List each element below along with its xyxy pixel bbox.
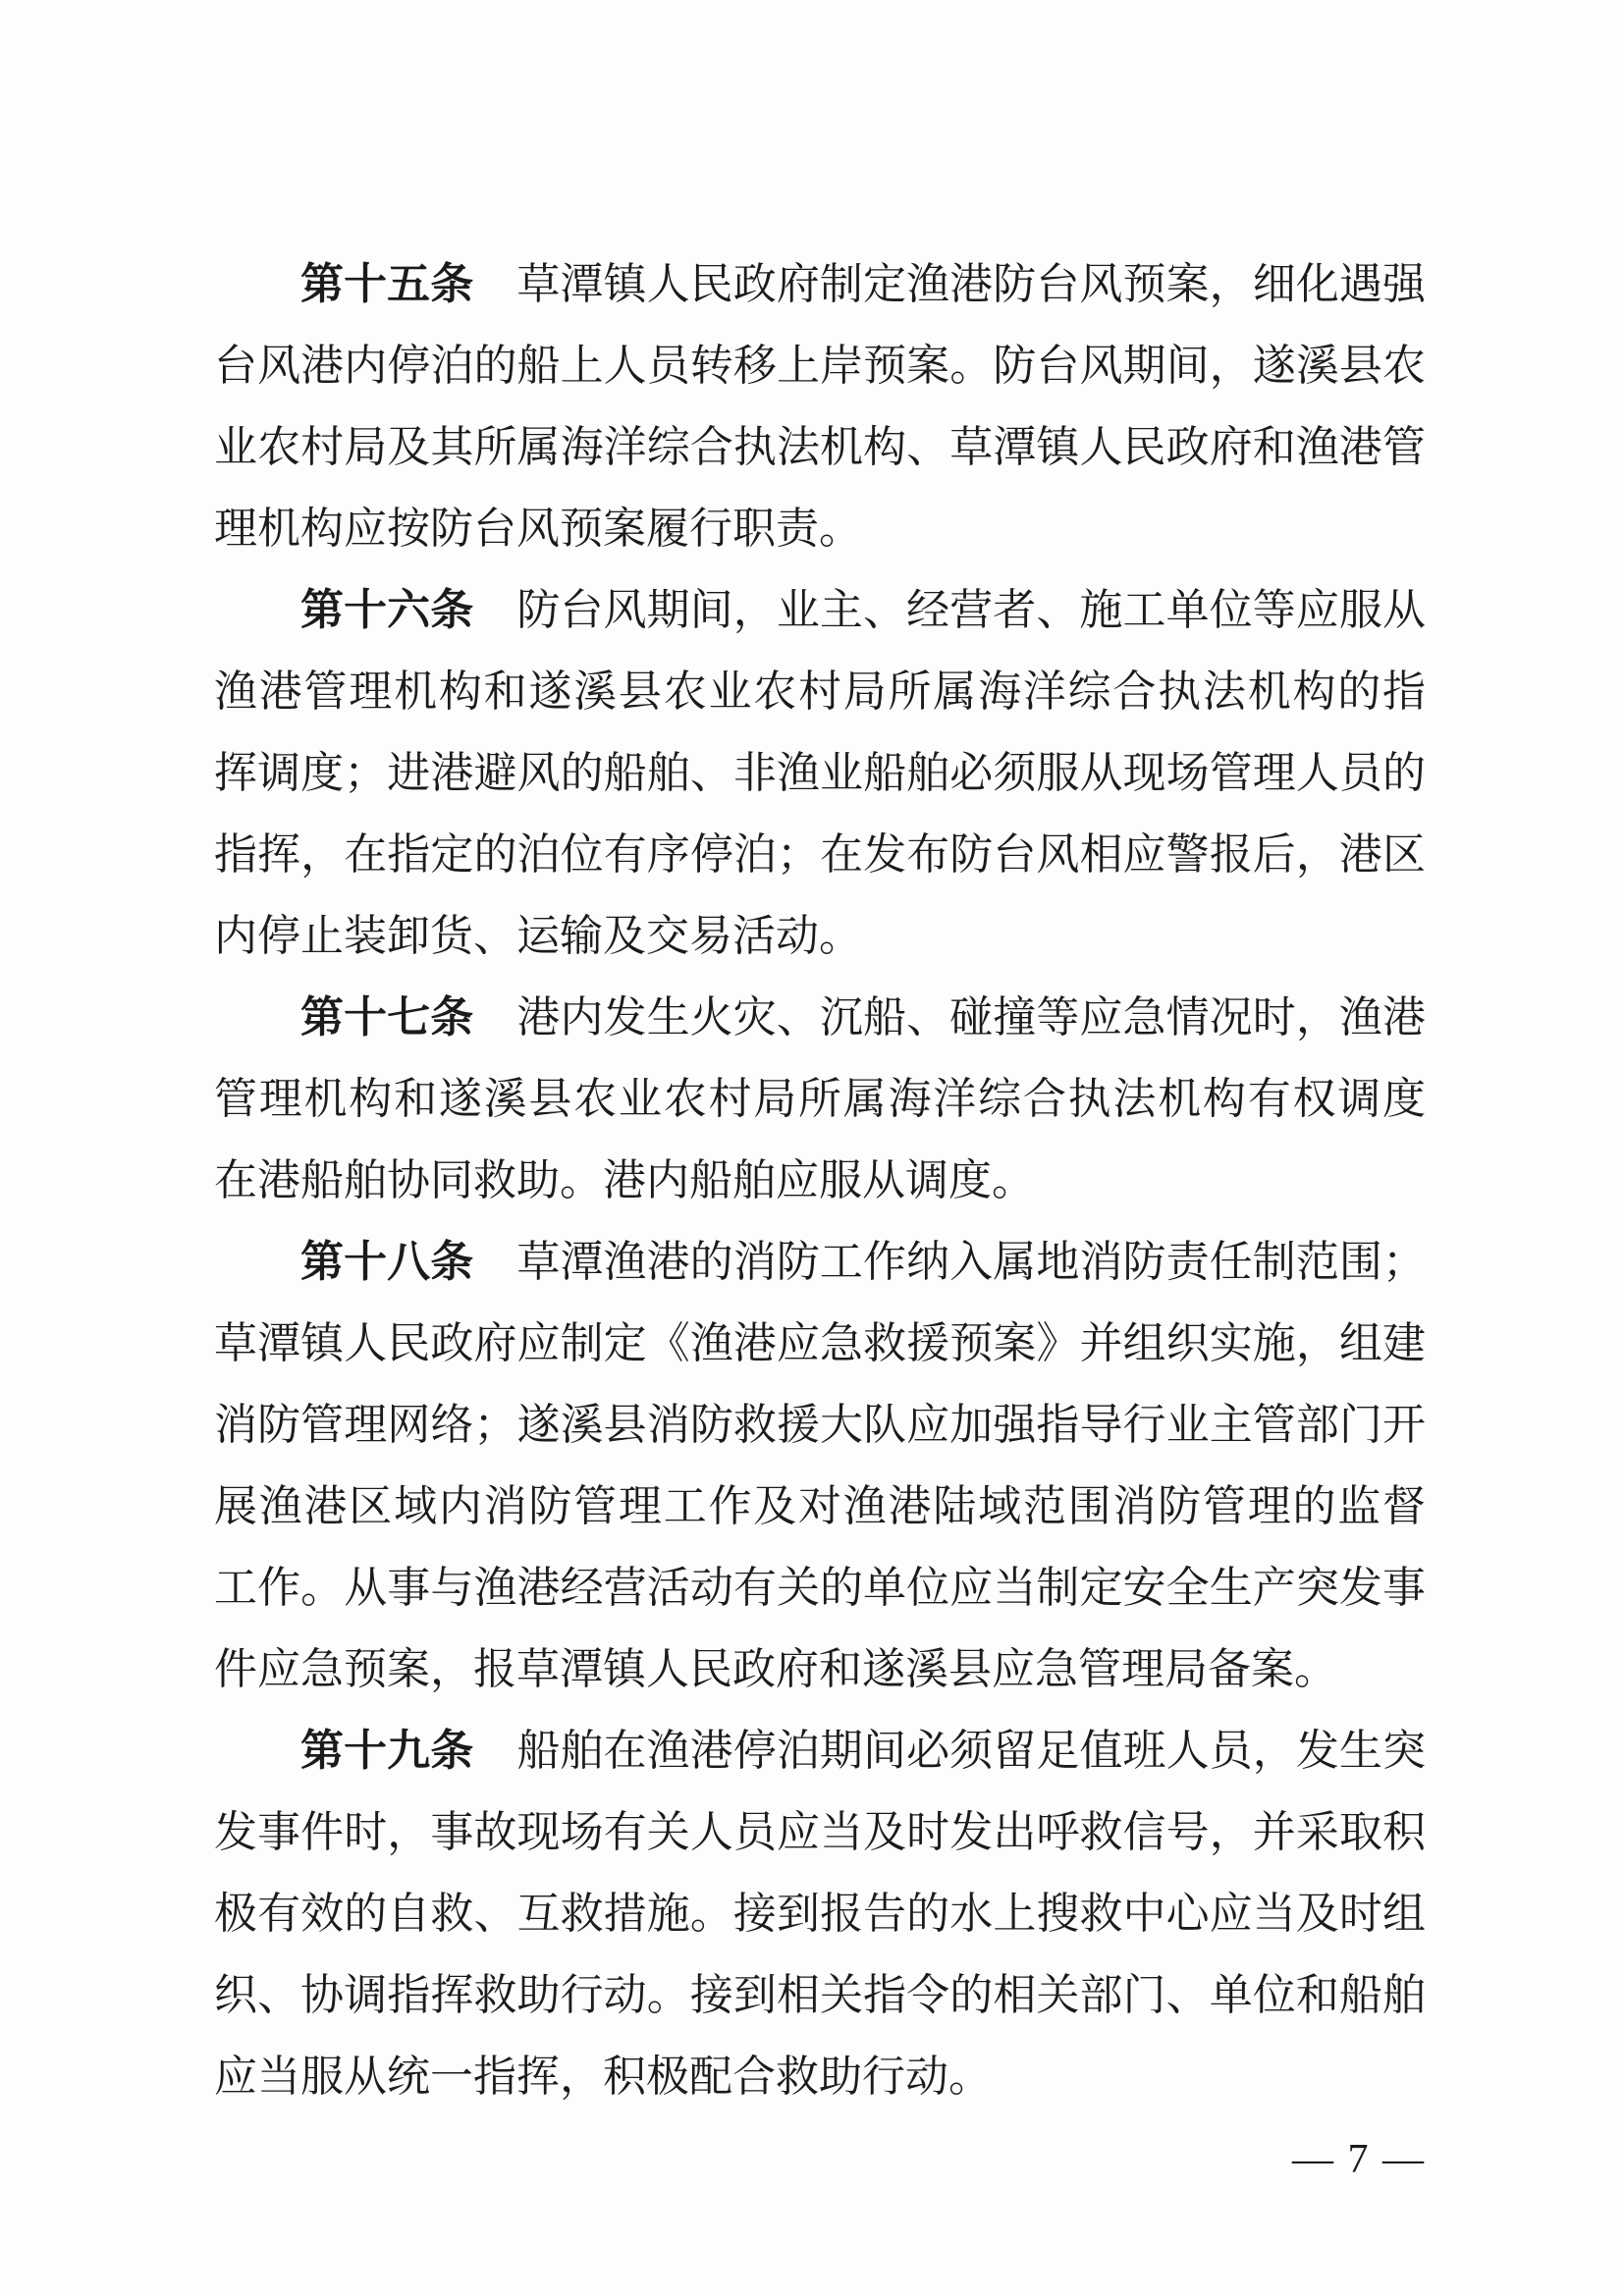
article-paragraph: 第十八条草潭渔港的消防工作纳入属地消防责任制范围； 草潭镇人民政府应制定《渔港应… xyxy=(214,1221,1426,1710)
text-line: 理机构应按防台风预案履行职责。 xyxy=(214,488,1426,569)
text-line: 极有效的自救、互救措施。接到报告的水上搜救中心应当及时组 xyxy=(214,1873,1426,1954)
text-line: 草潭镇人民政府应制定《渔港应急救援预案》并组织实施，组建 xyxy=(214,1303,1426,1384)
text-line: 工作。从事与渔港经营活动有关的单位应当制定安全生产突发事 xyxy=(214,1547,1426,1629)
text-line: 台风港内停泊的船上人员转移上岸预案。防台风期间，遂溪县农 xyxy=(214,325,1426,406)
article-number: 第十六条 xyxy=(300,586,473,634)
text-line: 业农村局及其所属海洋综合执法机构、草潭镇人民政府和渔港管 xyxy=(214,406,1426,488)
article-number: 第十七条 xyxy=(300,993,473,1041)
text-line: 应当服从统一指挥，积极配合救助行动。 xyxy=(214,2036,1426,2117)
page-number: — 7 — xyxy=(1292,2138,1426,2181)
document-body: 第十五条草潭镇人民政府制定渔港防台风预案，细化遇强 台风港内停泊的船上人员转移上… xyxy=(214,243,1426,2117)
article-paragraph: 第十五条草潭镇人民政府制定渔港防台风预案，细化遇强 台风港内停泊的船上人员转移上… xyxy=(214,243,1426,569)
article-text: 港内发生火灾、沉船、碰撞等应急情况时，渔港 xyxy=(516,993,1426,1041)
text-line: 内停止装卸货、运输及交易活动。 xyxy=(214,895,1426,977)
text-line: 渔港管理机构和遂溪县农业农村局所属海洋综合执法机构的指 xyxy=(214,651,1426,732)
text-line: 件应急预案，报草潭镇人民政府和遂溪县应急管理局备案。 xyxy=(214,1629,1426,1710)
text-line: 管理机构和遂溪县农业农村局所属海洋综合执法机构有权调度 xyxy=(214,1058,1426,1140)
text-line: 织、协调指挥救助行动。接到相关指令的相关部门、单位和船舶 xyxy=(214,1954,1426,2036)
text-line: 展渔港区域内消防管理工作及对渔港陆域范围消防管理的监督 xyxy=(214,1466,1426,1547)
text-line: 第十七条港内发生火灾、沉船、碰撞等应急情况时，渔港 xyxy=(214,977,1426,1058)
article-number: 第十五条 xyxy=(300,260,473,308)
article-number: 第十九条 xyxy=(300,1727,473,1775)
text-line: 第十六条防台风期间，业主、经营者、施工单位等应服从 xyxy=(214,569,1426,651)
text-line: 在港船舶协同救助。港内船舶应服从调度。 xyxy=(214,1140,1426,1221)
article-number: 第十八条 xyxy=(300,1238,473,1286)
article-paragraph: 第十九条船舶在渔港停泊期间必须留足值班人员，发生突 发事件时，事故现场有关人员应… xyxy=(214,1710,1426,2117)
article-text: 防台风期间，业主、经营者、施工单位等应服从 xyxy=(516,586,1426,634)
article-paragraph: 第十六条防台风期间，业主、经营者、施工单位等应服从 渔港管理机构和遂溪县农业农村… xyxy=(214,569,1426,977)
text-line: 第十八条草潭渔港的消防工作纳入属地消防责任制范围； xyxy=(214,1221,1426,1303)
text-line: 第十九条船舶在渔港停泊期间必须留足值班人员，发生突 xyxy=(214,1710,1426,1791)
article-text: 船舶在渔港停泊期间必须留足值班人员，发生突 xyxy=(516,1727,1426,1775)
text-line: 指挥，在指定的泊位有序停泊；在发布防台风相应警报后，港区 xyxy=(214,814,1426,895)
article-text: 草潭镇人民政府制定渔港防台风预案，细化遇强 xyxy=(516,260,1426,308)
document-page: 第十五条草潭镇人民政府制定渔港防台风预案，细化遇强 台风港内停泊的船上人员转移上… xyxy=(0,0,1624,2296)
text-line: 挥调度；进港避风的船舶、非渔业船舶必须服从现场管理人员的 xyxy=(214,732,1426,814)
text-line: 消防管理网络；遂溪县消防救援大队应加强指导行业主管部门开 xyxy=(214,1384,1426,1466)
article-text: 草潭渔港的消防工作纳入属地消防责任制范围； xyxy=(516,1238,1426,1286)
article-paragraph: 第十七条港内发生火灾、沉船、碰撞等应急情况时，渔港 管理机构和遂溪县农业农村局所… xyxy=(214,977,1426,1221)
page-number-label: — 7 — xyxy=(1292,2137,1426,2182)
text-line: 第十五条草潭镇人民政府制定渔港防台风预案，细化遇强 xyxy=(214,243,1426,325)
text-line: 发事件时，事故现场有关人员应当及时发出呼救信号，并采取积 xyxy=(214,1791,1426,1873)
